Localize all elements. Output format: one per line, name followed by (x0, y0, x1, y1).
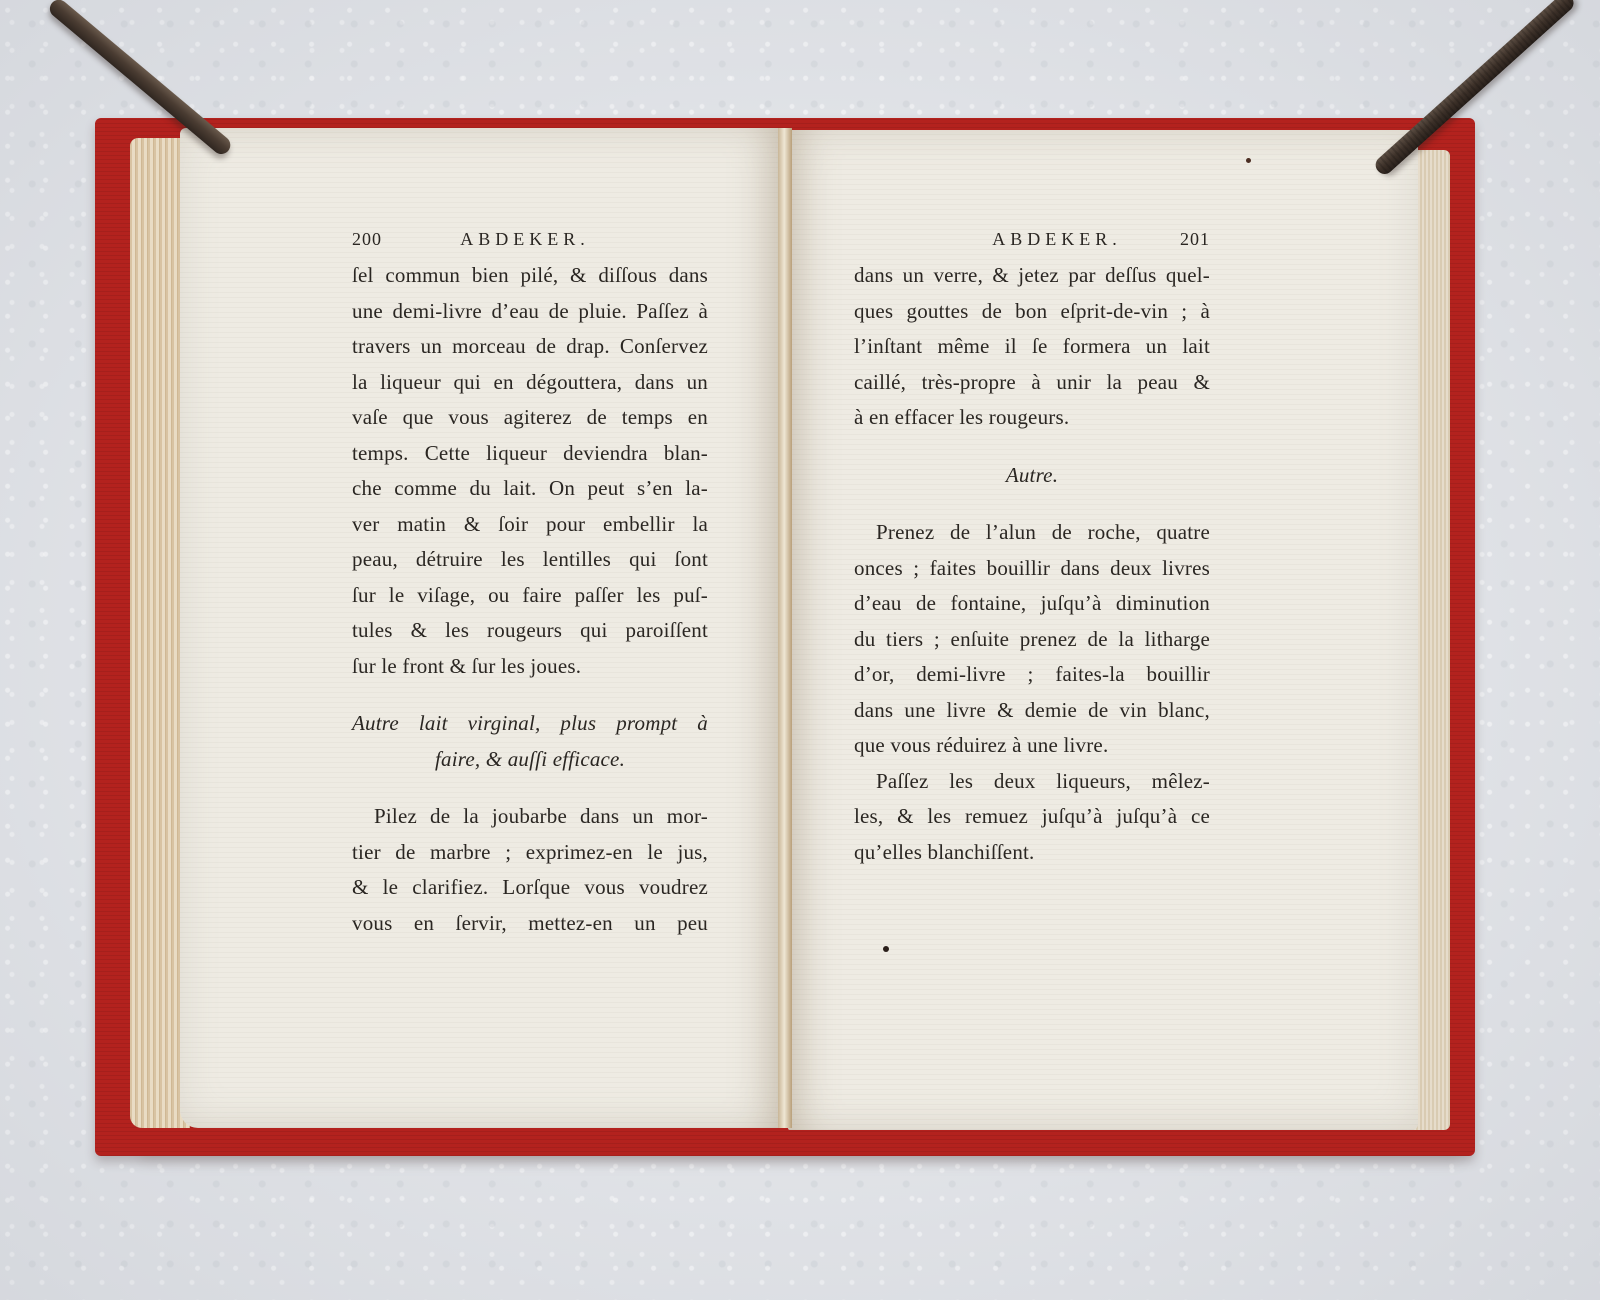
text-line: Paſſez les deux liqueurs, mêlez- (854, 764, 1210, 800)
section-heading-italic: faire, & auſſi efficace. (352, 742, 708, 778)
text-line: dans une livre & demie de vin blanc, (854, 693, 1210, 729)
text-line: d’or, demi-livre ; faites-la bouillir (854, 657, 1210, 693)
text-line: du tiers ; enſuite prenez de la litharge (854, 622, 1210, 658)
text-line: tules & les rougeurs qui paroiſſent (352, 613, 708, 649)
text-line: onces ; faites bouillir dans deux livres (854, 551, 1210, 587)
text-line: ques gouttes de bon eſprit-de-vin ; à (854, 294, 1210, 330)
text-line: ſur le viſage, ou faire paſſer les puſ- (352, 578, 708, 614)
book-gutter (778, 128, 792, 1128)
text-line: ſel commun bien pilé, & diſſous dans (352, 258, 708, 294)
text-line: caillé, très-propre à unir la peau & (854, 365, 1210, 401)
text-line: peau, détruire les lentilles qui ſont (352, 542, 708, 578)
running-title-left: ABDEKER. (460, 222, 590, 258)
left-page-text: 200 ABDEKER. ſel commun bien pilé, & diſ… (352, 222, 708, 941)
text-line: ſur le front & ſur les joues. (352, 649, 708, 685)
paper-speck (1246, 158, 1251, 163)
right-page-text: ABDEKER. 201 dans un verre, & jetez par … (854, 222, 1210, 870)
text-line: & le clarifiez. Lorſque vous voudrez (352, 870, 708, 906)
text-line: l’inſtant même il ſe formera un lait (854, 329, 1210, 365)
text-line: une demi-livre d’eau de pluie. Paſſez à (352, 294, 708, 330)
text-line: ver matin & ſoir pour embellir la (352, 507, 708, 543)
section-heading-italic: Autre. (854, 458, 1210, 494)
paper-speck (883, 946, 889, 952)
page-number-right: 201 (1180, 222, 1210, 258)
text-line: vous en ſervir, mettez-en un peu (352, 906, 708, 942)
text-line: che comme du lait. On peut s’en la- (352, 471, 708, 507)
section-heading-italic: Autre lait virginal, plus prompt à (352, 706, 708, 742)
left-running-head: 200 ABDEKER. (352, 222, 708, 258)
running-title-right: ABDEKER. (992, 222, 1122, 258)
text-line: d’eau de fontaine, juſqu’à diminution (854, 586, 1210, 622)
text-line: à en effacer les rougeurs. (854, 400, 1210, 436)
text-line: Pilez de la joubarbe dans un mor- (352, 799, 708, 835)
text-line: les, & les remuez juſqu’à juſqu’à ce (854, 799, 1210, 835)
page-number-left: 200 (352, 222, 382, 258)
text-line: dans un verre, & jetez par deſſus quel- (854, 258, 1210, 294)
text-line: temps. Cette liqueur deviendra blan- (352, 436, 708, 472)
text-line: Prenez de l’alun de roche, quatre (854, 515, 1210, 551)
text-line: la liqueur qui en dégouttera, dans un (352, 365, 708, 401)
text-line: tier de marbre ; exprimez-en le jus, (352, 835, 708, 871)
text-line: qu’elles blanchiſſent. (854, 835, 1210, 871)
text-line: travers un morceau de drap. Conſervez (352, 329, 708, 365)
right-running-head: ABDEKER. 201 (854, 222, 1210, 258)
text-line: que vous réduirez à une livre. (854, 728, 1210, 764)
text-line: vaſe que vous agiterez de temps en (352, 400, 708, 436)
